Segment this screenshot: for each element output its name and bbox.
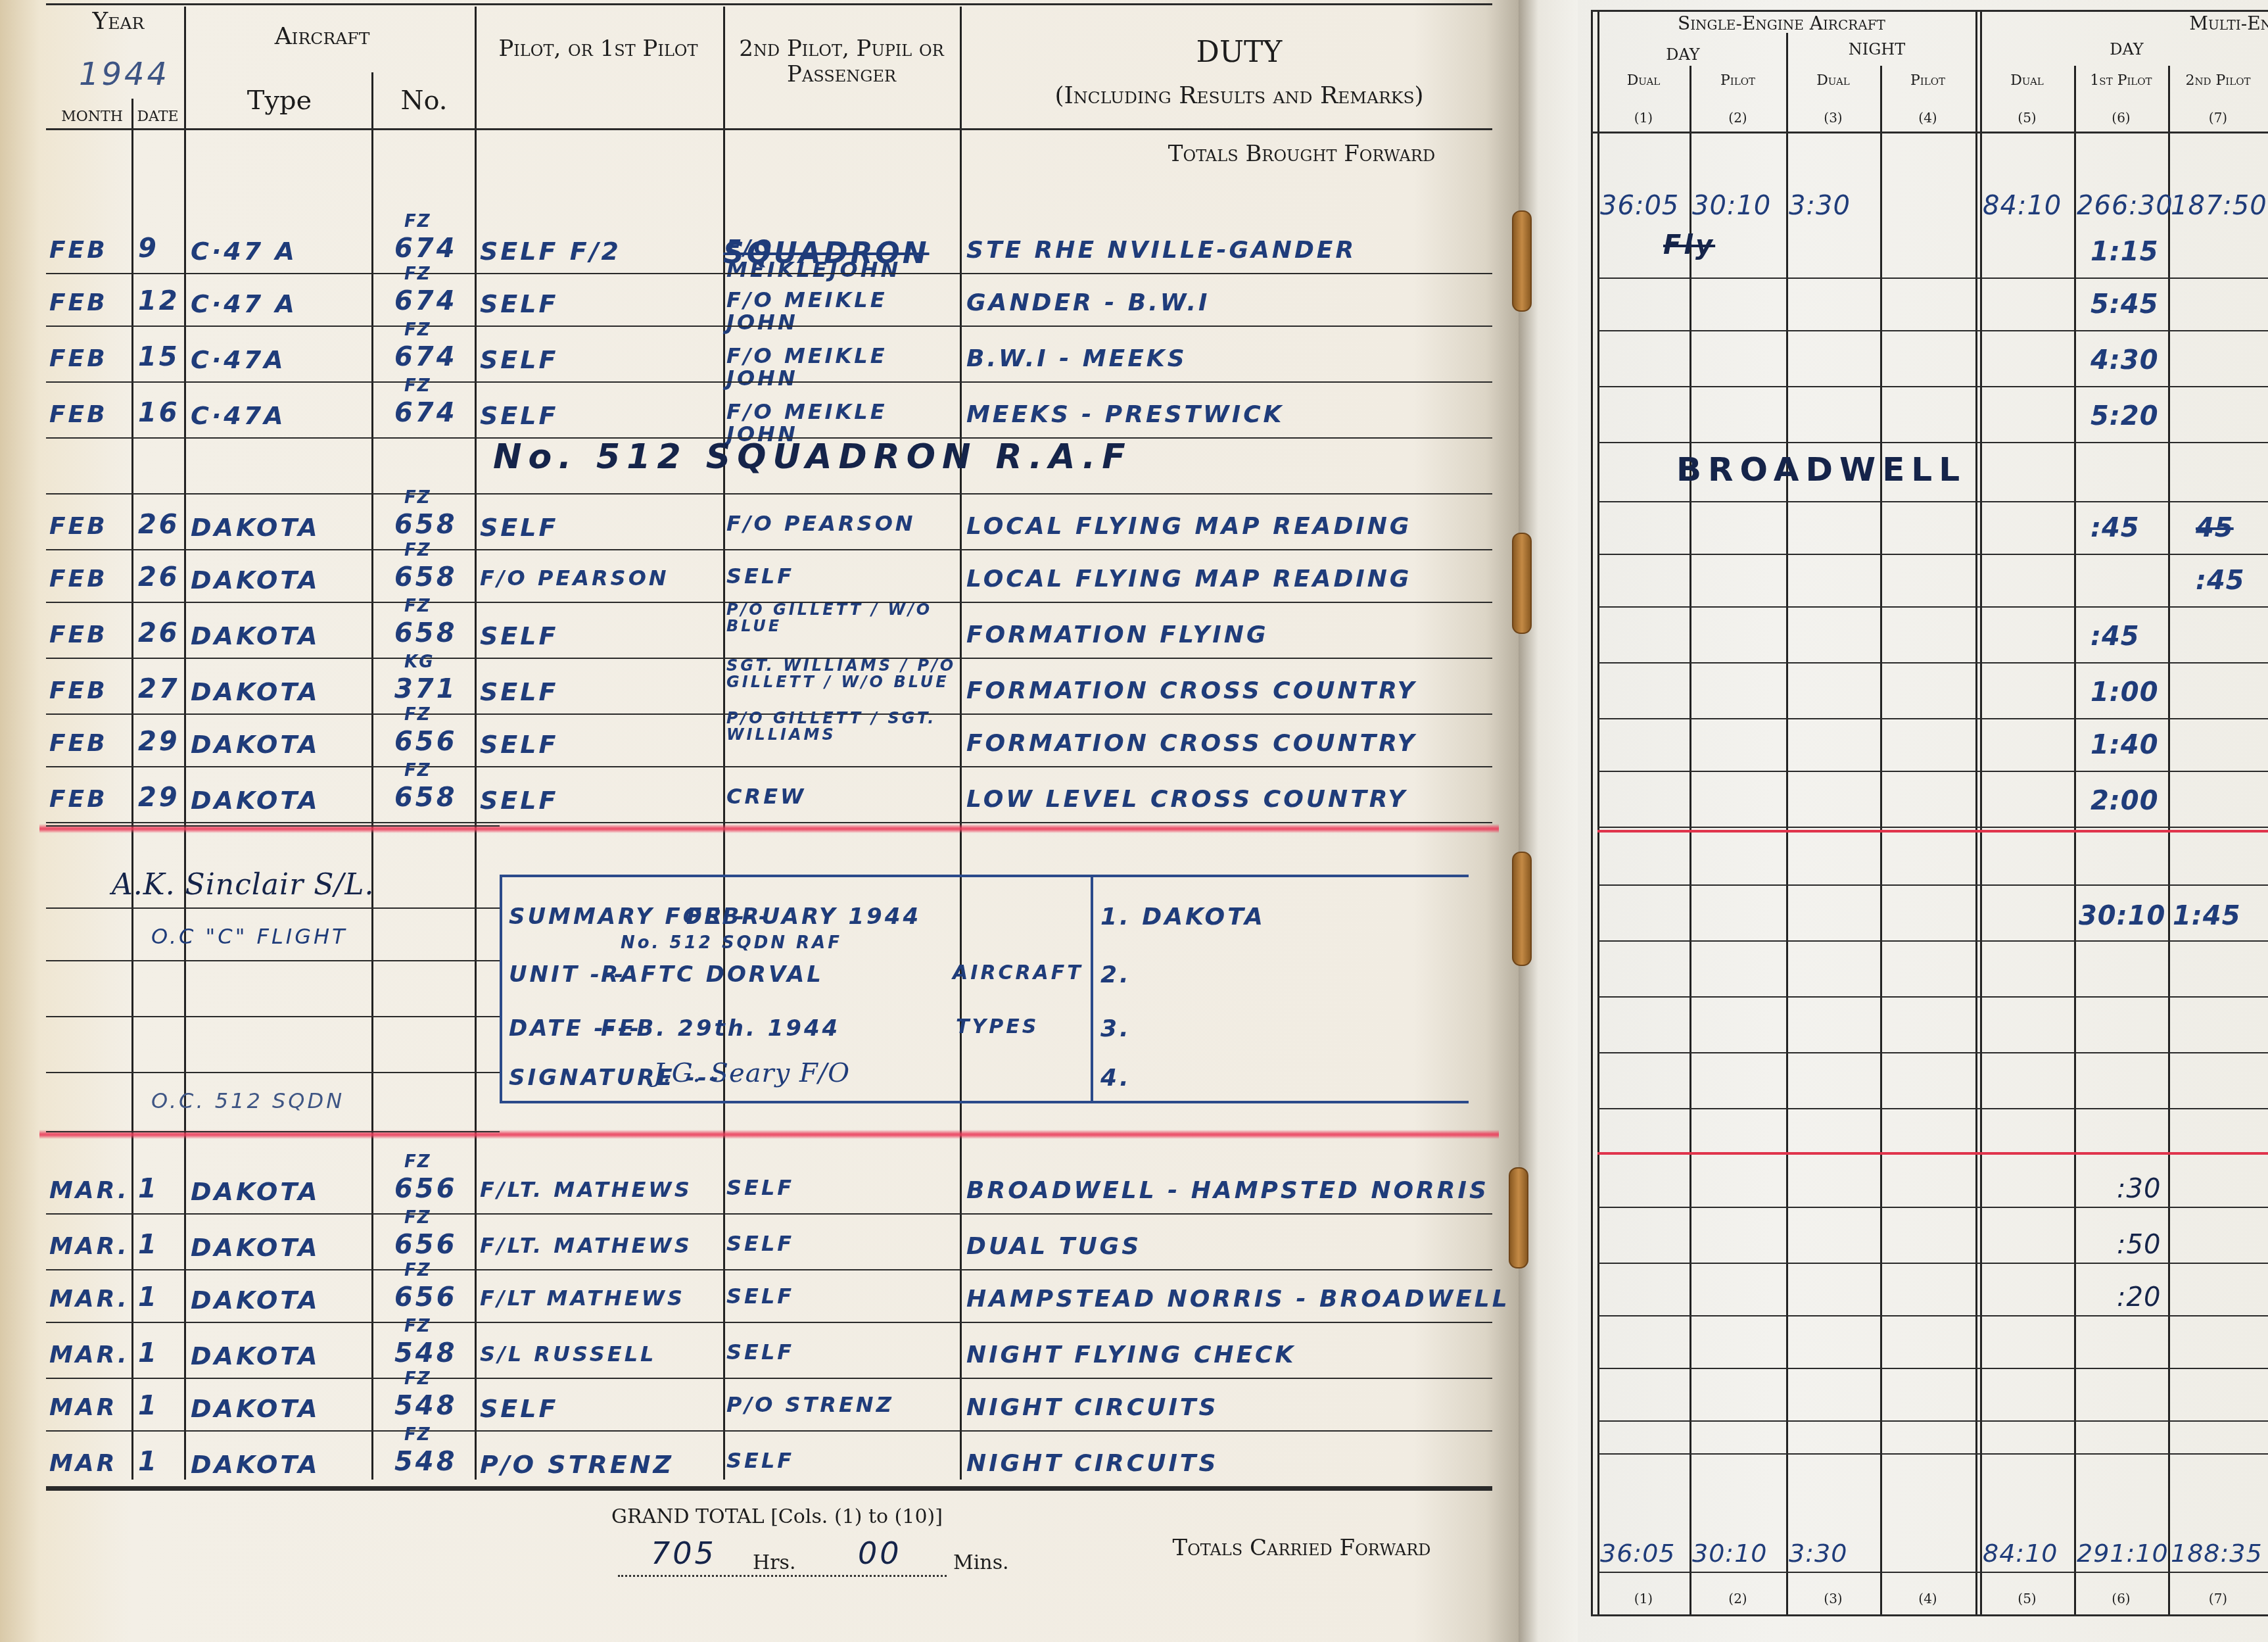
entry-month: MAR. (49, 1233, 130, 1260)
flight-commander-signature: A.K. Sinclair S/L. (112, 868, 374, 902)
entry-pilot: F/LT. MATHEWS (480, 1233, 692, 1258)
entry-duty: FORMATION FLYING (966, 621, 1268, 648)
struck-text: SQUADRON (723, 237, 930, 270)
row-rule (1597, 771, 2268, 772)
bottom-rule (1591, 1614, 2268, 1616)
column-footer-number: (2) (1689, 1591, 1786, 1606)
entry-aircraft-prefix: FZ (404, 212, 431, 231)
row-rule (1597, 827, 2268, 828)
entry-second-pilot: P/O STRENZ (726, 1394, 957, 1416)
binding-stitch (1509, 1167, 1528, 1268)
entry-pilot: SELF (480, 345, 559, 374)
header-night: NIGHT (1782, 41, 1972, 59)
row-rule (1597, 940, 2268, 942)
entry-aircraft-type: C·47A (191, 401, 286, 430)
col-divider (1689, 66, 1691, 1614)
entry-aircraft-no: 548 (394, 1391, 458, 1421)
col-divider (2074, 66, 2076, 1614)
row-rule (46, 1072, 500, 1073)
entry-aircraft-no: 658 (394, 510, 458, 540)
entry-aircraft-no: 656 (394, 1282, 458, 1313)
entry-date: 29 (138, 727, 180, 757)
entry-second-pilot: SELF (726, 1341, 957, 1364)
row-rule (46, 493, 1492, 495)
column-header-label: Dual (1597, 72, 1689, 89)
entry-second-pilot: F/O PEARSON (726, 513, 957, 535)
entry-duty: BROADWELL - HAMPSTED NORRIS (966, 1177, 1489, 1204)
brought-forward-value: 30:10 (1692, 191, 1771, 221)
row-rule (46, 960, 500, 961)
summary-2nd-pilot-total: 1:45 (2173, 901, 2241, 931)
entry-second-pilot: F/O MEIKLE JOHN (726, 345, 957, 389)
entry-second-pilot: F/O MEIKLE JOHN (726, 289, 957, 333)
entry-aircraft-prefix: FZ (404, 488, 431, 508)
entry-month: FEB (49, 786, 108, 813)
brought-forward-value: 187:50 (2171, 191, 2267, 221)
entry-aircraft-no: 658 (394, 618, 458, 648)
header-year: Year (53, 8, 184, 35)
row-rule (1597, 386, 2268, 387)
entry-month: FEB (49, 345, 108, 372)
entry-pilot: SELF (480, 677, 559, 706)
brought-forward-value: 3:30 (1789, 191, 1851, 221)
entry-aircraft-prefix: FZ (404, 1152, 431, 1172)
brought-forward-value: 266:30 (2077, 191, 2173, 221)
header-second-pilot: 2nd Pilot, Pupil or Passenger (723, 36, 960, 87)
column-header-number: (1) (1597, 110, 1689, 126)
col-divider (1880, 66, 1882, 1614)
location-banner: BROADWELL (1676, 450, 1966, 489)
summary-1st-pilot-total: 30:10 (2079, 901, 2165, 931)
header-day: DAY (1591, 46, 1775, 64)
flight-commander-title: O.C "C" FLIGHT (151, 924, 348, 949)
entry-duty: LOW LEVEL CROSS COUNTRY (966, 786, 1407, 813)
summary-signature: J.G. Seary F/O (653, 1058, 850, 1088)
book-gutter (1519, 0, 1578, 1642)
header-rule (1591, 132, 2268, 133)
entry-aircraft-type: DAKOTA (191, 513, 320, 542)
aircraft-type-4: 4. (1100, 1065, 1131, 1092)
entry-aircraft-type: DAKOTA (191, 1286, 320, 1315)
column-footer-number: (3) (1786, 1591, 1880, 1606)
red-rule (1597, 1152, 2268, 1155)
entry-pilot: S/L RUSSELL (480, 1341, 656, 1366)
header-duty-sub: (Including Results and Remarks) (960, 82, 1519, 109)
row-rule (1597, 1453, 2268, 1455)
multi-day-1st-pilot-hours: :45 (2091, 513, 2140, 543)
column-header-number: (4) (1880, 110, 1975, 126)
entry-pilot: F/O PEARSON (480, 566, 669, 591)
entry-duty: MEEKS - PRESTWICK (966, 401, 1284, 428)
unit-value: RAFTC DORVAL (601, 961, 824, 988)
column-header-label: Pilot (1880, 72, 1975, 89)
summary-unit-sub: No. 512 SQDN RAF (621, 933, 842, 953)
entry-duty: STE RHE NVILLE-GANDER (966, 237, 1356, 264)
row-rule (46, 381, 1492, 383)
entry-aircraft-type: DAKOTA (191, 1341, 320, 1370)
brought-forward-value: 84:10 (1983, 191, 2062, 221)
entry-month: FEB (49, 566, 108, 592)
row-rule (1597, 606, 2268, 608)
column-header-label: 2nd Pilot (2168, 72, 2268, 89)
row-rule (1597, 996, 2268, 998)
row-rule (1597, 1207, 2268, 1208)
entry-aircraft-no: 656 (394, 727, 458, 757)
multi-day-1st-pilot-hours: 2:00 (2091, 786, 2159, 816)
entry-date: 1 (138, 1338, 159, 1368)
row-rule (46, 907, 500, 909)
entry-month: MAR. (49, 1341, 130, 1368)
row-rule (1597, 1420, 2268, 1422)
multi-day-1st-pilot-hours: 5:45 (2091, 289, 2159, 320)
header-date: DATE (135, 109, 181, 125)
entry-aircraft-no: 656 (394, 1230, 458, 1260)
red-rule (1597, 830, 2268, 833)
row-rule (46, 1322, 1492, 1323)
aircraft-types-label: AIRCRAFT (953, 961, 1083, 984)
entry-aircraft-prefix: FZ (404, 705, 431, 725)
entry-duty: FORMATION CROSS COUNTRY (966, 677, 1417, 704)
col-divider (475, 7, 477, 1480)
entry-aircraft-prefix: FZ (404, 264, 431, 284)
entry-pilot: F/LT. MATHEWS (480, 1177, 692, 1202)
col-divider (1591, 10, 1593, 1614)
column-footer-number: (1) (1597, 1591, 1689, 1606)
col-divider (184, 7, 186, 1480)
entry-aircraft-no: 658 (394, 783, 458, 813)
column-footer-number: (7) (2168, 1591, 2268, 1606)
column-footer-number: (4) (1880, 1591, 1975, 1606)
multi-day-1st-pilot-hours: :45 (2091, 621, 2140, 652)
entry-date: 29 (138, 783, 180, 813)
hrs-label: Hrs. (753, 1552, 795, 1575)
grand-total-dotted-line (618, 1575, 947, 1577)
row-rule (1597, 501, 2268, 502)
entry-date: 15 (138, 342, 180, 372)
row-rule (1597, 1052, 2268, 1053)
row-rule (46, 822, 1492, 823)
brought-forward-value: 36:05 (1600, 191, 1679, 221)
squadron-commander-title: O.C. 512 SQDN (151, 1088, 344, 1113)
carried-forward-value: 36:05 (1600, 1539, 1676, 1568)
column-footer-number: (5) (1980, 1591, 2074, 1606)
row-rule (1597, 278, 2268, 279)
entry-aircraft-type: DAKOTA (191, 1450, 320, 1479)
column-header-label: Pilot (1689, 72, 1786, 89)
grand-total-label: GRAND TOTAL [Cols. (1) to (10)] (611, 1506, 1019, 1529)
entry-month: FEB (49, 677, 108, 704)
entry-aircraft-no: 658 (394, 562, 458, 592)
totals-carried-forward-label: Totals Carried Forward (1131, 1535, 1473, 1561)
row-rule (1597, 1108, 2268, 1109)
col-divider (131, 99, 133, 1480)
row-rule (1597, 1263, 2268, 1264)
entry-date: 26 (138, 562, 180, 592)
entry-duty: B.W.I - MEEKS (966, 345, 1187, 372)
multi-day-1st-pilot-hours: :30 (2117, 1174, 2161, 1204)
entry-aircraft-no: 674 (394, 398, 458, 428)
entry-duty: LOCAL FLYING MAP READING (966, 566, 1411, 592)
monthly-summary-box: SUMMARY FOR --- FEBRUARY 1944 No. 512 SQ… (500, 875, 1469, 1103)
entry-month: FEB (49, 730, 108, 757)
multi-day-2nd-pilot-hours: 45 (2196, 513, 2234, 543)
entry-date: 1 (138, 1230, 159, 1260)
entry-month: MAR. (49, 1286, 130, 1313)
entry-aircraft-type: DAKOTA (191, 1394, 320, 1423)
header-rule (46, 3, 1492, 5)
entry-aircraft-type: DAKOTA (191, 1177, 320, 1206)
entry-duty: GANDER - B.W.I (966, 289, 1210, 316)
grand-total-hours: 705 (651, 1535, 717, 1571)
column-header-number: (2) (1689, 110, 1786, 126)
carried-forward-value: 84:10 (1983, 1539, 2058, 1568)
column-header-number: (3) (1786, 110, 1880, 126)
entry-aircraft-prefix: FZ (404, 1316, 431, 1336)
header-duty: DUTY (960, 36, 1519, 70)
entry-pilot: SELF (480, 401, 559, 430)
column-header-label: 1st Pilot (2074, 72, 2168, 89)
entry-aircraft-prefix: FZ (404, 320, 431, 340)
header-multi-engine: Multi-Engi (2091, 13, 2268, 34)
column-header-number: (5) (1980, 110, 2074, 126)
entry-second-pilot: SELF (726, 1286, 957, 1308)
entry-pilot: SELF (480, 621, 559, 650)
entry-date: 16 (138, 398, 180, 428)
entry-aircraft-no: 674 (394, 342, 458, 372)
column-footer-number: (6) (2074, 1591, 2168, 1606)
grand-total-mins: 00 (858, 1535, 902, 1571)
multi-day-1st-pilot-hours: 1:00 (2091, 677, 2159, 708)
entry-aircraft-no: 656 (394, 1174, 458, 1204)
totals-brought-forward-label: Totals Brought Forward (1118, 141, 1486, 167)
column-header-label: Dual (1980, 72, 2074, 89)
entry-duty: DUAL TUGS (966, 1233, 1141, 1260)
entry-duty: NIGHT CIRCUITS (966, 1394, 1218, 1421)
header-no: No. (375, 85, 473, 116)
entry-pilot: SELF (480, 1394, 559, 1423)
entry-duty: HAMPSTEAD NORRIS - BROADWELL (966, 1286, 1510, 1313)
binding-stitch (1512, 210, 1532, 312)
entry-month: FEB (49, 513, 108, 540)
summary-for-value: FEBRUARY 1944 (686, 904, 921, 930)
logbook-left-page: Year 1944 MONTH DATE Aircraft Type No. P… (0, 0, 1519, 1642)
row-rule (46, 1269, 1492, 1270)
entry-aircraft-prefix: FZ (404, 376, 431, 396)
aircraft-type-1: 1. DAKOTA (1100, 904, 1265, 930)
entry-aircraft-type: DAKOTA (191, 677, 320, 706)
entry-month: MAR (49, 1450, 117, 1477)
col-divider (1597, 10, 1599, 1614)
column-header-label: Dual (1786, 72, 1880, 89)
multi-day-1st-pilot-hours: :20 (2117, 1282, 2161, 1313)
aircraft-types-label-2: TYPES (956, 1015, 1039, 1038)
entry-pilot: SELF (480, 730, 559, 759)
carried-forward-value: 3:30 (1789, 1539, 1847, 1568)
row-rule (46, 1486, 1492, 1487)
binding-stitch (1512, 852, 1532, 966)
row-rule (1597, 1368, 2268, 1369)
logbook-right-page: Single-Engine Aircraft Multi-Engi DAY NI… (1578, 0, 2268, 1642)
entry-pilot: SELF (480, 513, 559, 542)
carried-forward-value: 291:10 (2077, 1539, 2169, 1568)
entry-aircraft-type: C·47 A (191, 289, 297, 318)
entry-second-pilot: SELF (726, 1233, 957, 1255)
entry-date: 1 (138, 1282, 159, 1313)
multi-day-1st-pilot-hours: 5:20 (2091, 401, 2159, 431)
entry-date: 26 (138, 618, 180, 648)
entry-aircraft-type: C·47A (191, 345, 286, 374)
column-header-number: (7) (2168, 110, 2268, 126)
col-divider (1975, 10, 1977, 1614)
header-single-engine: Single-Engine Aircraft (1597, 13, 1966, 34)
entry-aircraft-no: 548 (394, 1338, 458, 1368)
entry-aircraft-type: DAKOTA (191, 730, 320, 759)
entry-second-pilot: SGT. WILLIAMS / P/O GILLETT / W/O BLUE (726, 658, 957, 690)
header-rule (1591, 10, 2268, 12)
entry-date: 1 (138, 1447, 159, 1477)
entry-pilot: P/O STRENZ (480, 1450, 674, 1479)
multi-day-1st-pilot-hours: 1:40 (2091, 730, 2159, 760)
row-rule (46, 273, 1492, 274)
entry-month: MAR. (49, 1177, 130, 1204)
header-month: MONTH (53, 109, 131, 125)
aircraft-type-2: 2. (1100, 961, 1131, 988)
col-divider (960, 7, 962, 1480)
row-rule (46, 1131, 500, 1132)
multi-day-1st-pilot-hours: 1:15 (2091, 237, 2159, 267)
header-pilot: Pilot, or 1st Pilot (486, 36, 710, 62)
multi-day-2nd-pilot-hours: :45 (2196, 566, 2245, 596)
carried-forward-value: 188:35 (2171, 1539, 2263, 1568)
entry-aircraft-type: DAKOTA (191, 566, 320, 594)
row-rule (46, 549, 1492, 550)
date-value: FEB. 29th. 1944 (601, 1015, 840, 1042)
entry-date: 9 (138, 233, 159, 264)
entry-aircraft-prefix: FZ (404, 1369, 431, 1389)
row-rule (1597, 1315, 2268, 1316)
row-rule (1597, 1572, 2268, 1573)
mins-label: Mins. (953, 1552, 1009, 1575)
col-divider (1980, 10, 1982, 1614)
entry-duty: LOCAL FLYING MAP READING (966, 513, 1411, 540)
entry-aircraft-prefix: KG (404, 652, 435, 672)
entry-aircraft-prefix: FZ (404, 596, 431, 616)
entry-duty: FORMATION CROSS COUNTRY (966, 730, 1417, 757)
row-rule (46, 825, 500, 827)
column-header-number: (6) (2074, 110, 2168, 126)
col-divider (723, 7, 725, 1480)
header-aircraft: Aircraft (184, 23, 460, 50)
entry-month: FEB (49, 289, 108, 316)
entry-second-pilot: P/O GILLETT / W/O BLUE (726, 602, 957, 635)
row-rule (46, 1430, 1492, 1432)
entry-month: FEB (49, 621, 108, 648)
multi-day-1st-pilot-hours: :50 (2117, 1230, 2161, 1260)
row-rule (46, 1378, 1492, 1379)
entry-month: FEB (49, 237, 108, 264)
entry-aircraft-prefix: FZ (404, 1425, 431, 1445)
entry-second-pilot: SELF (726, 1177, 957, 1199)
year-value: 1944 (79, 56, 170, 93)
entry-second-pilot: SELF (726, 566, 957, 588)
entry-second-pilot: CREW (726, 786, 957, 808)
entry-aircraft-type: DAKOTA (191, 1233, 320, 1262)
entry-month: FEB (49, 401, 108, 428)
entry-duty: NIGHT CIRCUITS (966, 1450, 1218, 1477)
aircraft-type-3: 3. (1100, 1015, 1131, 1042)
row-rule (1597, 662, 2268, 664)
squadron-banner: No. 512 SQUADRON R.A.F (493, 437, 1132, 477)
struck-text: Fly (1663, 230, 1715, 260)
entry-duty: NIGHT FLYING CHECK (966, 1341, 1296, 1368)
bottom-rule (46, 1487, 1492, 1491)
binding-stitch (1512, 533, 1532, 634)
row-rule (1597, 554, 2268, 555)
row-rule (1597, 884, 2268, 886)
entry-pilot: SELF (480, 786, 559, 815)
entry-aircraft-prefix: FZ (404, 1261, 431, 1280)
entry-pilot: F/LT MATHEWS (480, 1286, 685, 1311)
entry-date: 1 (138, 1391, 159, 1421)
summary-divider (1091, 877, 1093, 1101)
entry-aircraft-no: 674 (394, 286, 458, 316)
entry-date: 12 (138, 286, 180, 316)
header-rule (46, 128, 1492, 130)
entry-second-pilot: P/O GILLETT / SGT. WILLIAMS (726, 710, 957, 743)
entry-second-pilot: SELF (726, 1450, 957, 1472)
header-type: Type (184, 85, 375, 116)
multi-day-1st-pilot-hours: 4:30 (2091, 345, 2159, 375)
carried-forward-value: 30:10 (1692, 1539, 1768, 1568)
entry-aircraft-type: C·47 A (191, 237, 297, 266)
row-rule (46, 1016, 500, 1017)
col-divider (2168, 66, 2170, 1614)
col-divider (1786, 33, 1788, 1614)
entry-date: 1 (138, 1174, 159, 1204)
row-rule (46, 766, 1492, 767)
entry-aircraft-type: DAKOTA (191, 621, 320, 650)
entry-date: 27 (138, 674, 180, 704)
entry-date: 26 (138, 510, 180, 540)
entry-aircraft-prefix: FZ (404, 761, 431, 781)
entry-aircraft-prefix: FZ (404, 1208, 431, 1228)
entry-month: MAR (49, 1394, 117, 1421)
row-rule (1597, 330, 2268, 331)
entry-aircraft-prefix: FZ (404, 541, 431, 560)
entry-aircraft-no: 674 (394, 233, 458, 264)
header-multi-day: DAY (1985, 41, 2268, 59)
entry-pilot: SELF F/2 (480, 237, 621, 266)
entry-pilot: SELF (480, 289, 559, 318)
row-rule (1597, 718, 2268, 719)
row-rule (46, 326, 1492, 327)
entry-aircraft-no: 548 (394, 1447, 458, 1477)
entry-aircraft-no: 371 (394, 674, 458, 704)
row-rule (1597, 442, 2268, 443)
row-rule (46, 1213, 1492, 1215)
col-divider (371, 72, 373, 1480)
entry-aircraft-type: DAKOTA (191, 786, 320, 815)
